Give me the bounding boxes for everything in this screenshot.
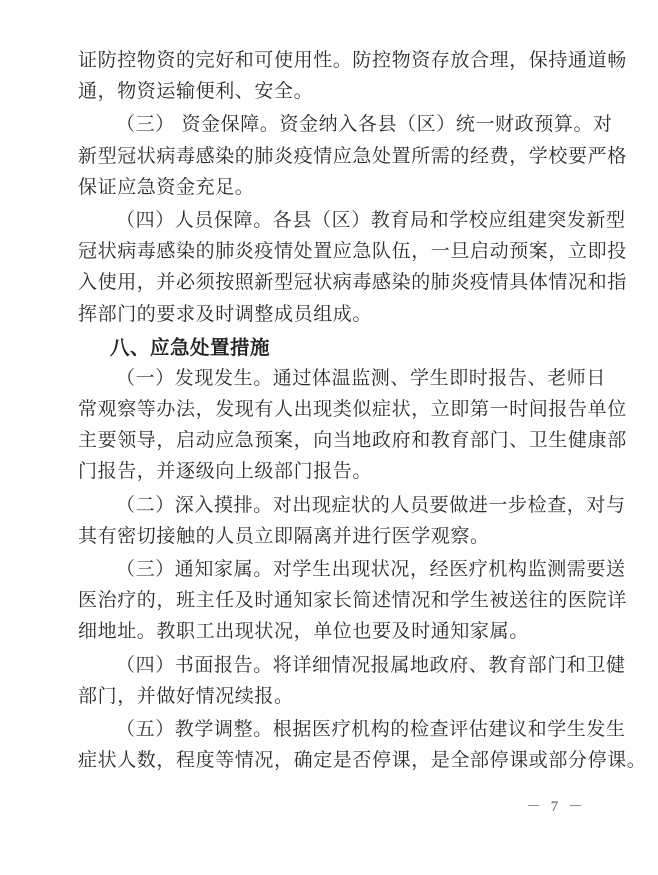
paragraph-investigation: （二）深入摸排。对出现症状的人员要做进一步检查，对与 其有密切接触的人员立即隔离… [78, 490, 578, 552]
text-line: 挥部门的要求及时调整成员组成。 [78, 299, 578, 330]
text-line: 主要领导，启动应急预案，向当地政府和教育部门、卫生健康部 [78, 425, 578, 456]
text-line: 部门，并做好情况续报。 [78, 681, 578, 712]
text-line: 保证应急资金充足。 [78, 172, 578, 203]
text-line: 冠状病毒感染的肺炎疫情处置应急队伍，一旦启动预案，立即投 [78, 236, 578, 267]
text-line: 证防控物资的完好和可使用性。防控物资存放合理，保持通道畅 [78, 45, 578, 76]
text-line: （三） 资金保障。资金纳入各县（区）统一财政预算。对 [78, 109, 578, 140]
paragraph-supplies-continued: 证防控物资的完好和可使用性。防控物资存放合理，保持通道畅 通，物资运输便利、安全… [78, 45, 578, 107]
text-line: （四）书面报告。将详细情况报属地政府、教育部门和卫健 [78, 650, 578, 681]
text-line: 症状人数，程度等情况，确定是否停课，是全部停课或部分停课。 [78, 745, 578, 776]
text-line: 新型冠状病毒感染的肺炎疫情应急处置所需的经费，学校要严格 [78, 141, 578, 172]
text-line: 通，物资运输便利、安全。 [78, 76, 578, 107]
paragraph-notify-family: （三）通知家属。对学生出现状况，经医疗机构监测需要送 医治疗的，班主任及时通知家… [78, 554, 578, 648]
text-line: 常观察等办法，发现有人出现类似症状，立即第一时间报告单位 [78, 394, 578, 425]
document-page: 证防控物资的完好和可使用性。防控物资存放合理，保持通道畅 通，物资运输便利、安全… [78, 45, 578, 778]
text-line: （二）深入摸排。对出现症状的人员要做进一步检查，对与 [78, 490, 578, 521]
text-line: 入使用，并必须按照新型冠状病毒感染的肺炎疫情具体情况和指 [78, 267, 578, 298]
paragraph-written-report: （四）书面报告。将详细情况报属地政府、教育部门和卫健 部门，并做好情况续报。 [78, 650, 578, 712]
text-line: 门报告，并逐级向上级部门报告。 [78, 456, 578, 487]
page-number: － 7 － [526, 795, 586, 816]
section-heading: 八、应急处置措施 [78, 332, 578, 363]
paragraph-funding-guarantee: （三） 资金保障。资金纳入各县（区）统一财政预算。对 新型冠状病毒感染的肺炎疫情… [78, 109, 578, 203]
text-line: （一）发现发生。通过体温监测、学生即时报告、老师日 [78, 363, 578, 394]
text-line: 其有密切接触的人员立即隔离并进行医学观察。 [78, 521, 578, 552]
text-line: （四）人员保障。各县（区）教育局和学校应组建突发新型 [78, 205, 578, 236]
paragraph-teaching-adjustment: （五）教学调整。根据医疗机构的检查评估建议和学生发生 症状人数，程度等情况，确定… [78, 714, 578, 776]
paragraph-personnel-guarantee: （四）人员保障。各县（区）教育局和学校应组建突发新型 冠状病毒感染的肺炎疫情处置… [78, 205, 578, 330]
text-line: 医治疗的，班主任及时通知家长简述情况和学生被送往的医院详 [78, 585, 578, 616]
text-line: （五）教学调整。根据医疗机构的检查评估建议和学生发生 [78, 714, 578, 745]
paragraph-discovery: （一）发现发生。通过体温监测、学生即时报告、老师日 常观察等办法，发现有人出现类… [78, 363, 578, 488]
text-line: 细地址。教职工出现状况，单位也要及时通知家属。 [78, 616, 578, 647]
text-line: （三）通知家属。对学生出现状况，经医疗机构监测需要送 [78, 554, 578, 585]
